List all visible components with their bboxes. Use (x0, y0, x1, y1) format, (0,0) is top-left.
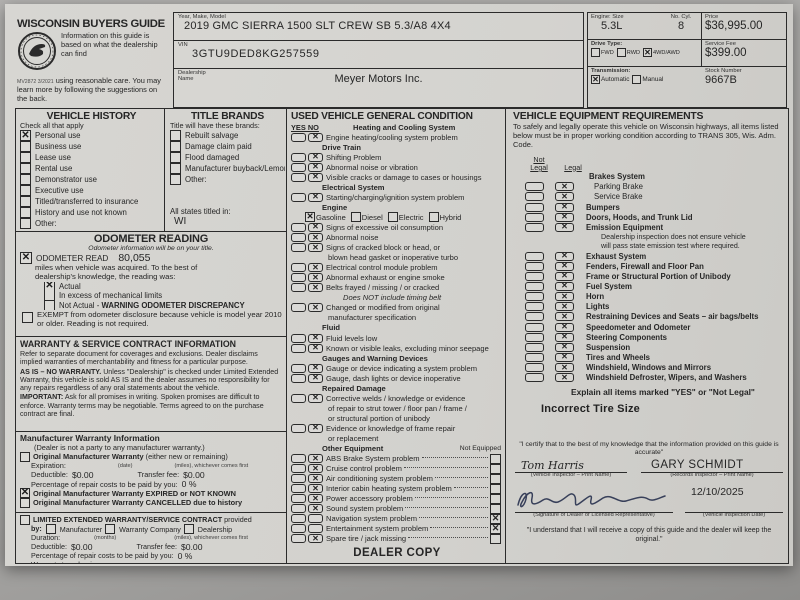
equipment-row: Fuel System (513, 281, 785, 291)
yes-checkbox[interactable] (291, 374, 306, 383)
legal-checkbox[interactable] (555, 213, 574, 222)
not-equipped-checkbox[interactable] (490, 454, 501, 464)
no-checkbox[interactable] (308, 464, 323, 473)
yes-no-boxes (291, 334, 323, 343)
condition-item-label: Power accessory problem (326, 494, 413, 503)
warranty-cancelled-checkbox[interactable] (20, 498, 30, 508)
history-checkbox[interactable] (20, 141, 31, 152)
drive-type-checkbox[interactable] (643, 48, 652, 57)
equipment-row: Windshield, Windows and Mirrors (513, 363, 785, 373)
orig-warranty-checkbox[interactable] (20, 452, 30, 462)
transmission-checkbox[interactable] (632, 75, 641, 84)
no-checkbox[interactable] (308, 303, 323, 312)
percentage-row: Percentage of repair costs to be paid by… (20, 480, 282, 489)
form-header: WISCONSIN BUYERS GUIDE Information on th… (15, 12, 787, 108)
no-checkbox[interactable] (308, 534, 323, 543)
yes-checkbox[interactable] (291, 464, 306, 473)
not-legal-checkbox[interactable] (525, 343, 544, 352)
drive-type-option: 4WD/AWD (643, 48, 680, 57)
drive-type-options: FWD RWD 4WD/AWD (591, 48, 698, 57)
condition-row: Sound system problem (291, 504, 503, 514)
odometer-option-checkbox[interactable] (44, 301, 55, 311)
provider-label: Manufacturer (60, 525, 102, 534)
no-checkbox[interactable] (308, 514, 323, 523)
yes-no-boxes (291, 163, 323, 172)
provided-by-row: by: Manufacturer Warranty Company Dealer… (20, 524, 282, 533)
explanation-text: Incorrect Tire Size (513, 403, 785, 415)
equipment-item-label: Windshield Defroster, Wipers, and Washer… (586, 373, 747, 382)
legal-checkbox[interactable] (555, 182, 574, 191)
condition-row: manufacturer specification (291, 313, 503, 323)
condition-row: Starting/charging/ignition system proble… (291, 192, 503, 202)
yes-checkbox[interactable] (291, 484, 306, 493)
fuel-type-label: Hybrid (440, 213, 462, 222)
not-legal-checkbox[interactable] (525, 213, 544, 222)
legal-checkbox[interactable] (555, 353, 574, 362)
condition-item-label: Shifting Problem (326, 153, 381, 162)
condition-title: USED VEHICLE GENERAL CONDITION (291, 111, 503, 122)
yes-no-boxes (291, 303, 323, 312)
condition-row: Air conditioning system problem (291, 474, 503, 484)
legal-checkbox[interactable] (555, 323, 574, 332)
vehicle-history-item: Business use (20, 141, 163, 152)
condition-item-label: Corrective welds / knowledge or evidence (326, 394, 465, 403)
condition-row: Signs of cracked block or head, or (291, 243, 503, 253)
equipment-row: Fenders, Firewall and Floor Pan (513, 261, 785, 271)
legal-checkbox[interactable] (555, 272, 574, 281)
yes-checkbox[interactable] (291, 193, 306, 202)
exempt-checkbox[interactable] (22, 312, 33, 323)
yes-no-boxes (291, 484, 323, 493)
warranty-expired-label: Original Manufacturer Warranty EXPIRED o… (33, 489, 236, 498)
not-legal-checkbox[interactable] (525, 272, 544, 281)
equipment-item-label: Bumpers (586, 203, 620, 212)
brand-checkbox[interactable] (170, 163, 181, 174)
provider-label: Warranty Company (119, 525, 181, 534)
dealer-signature-label: (Signature of Dealer or Licensed Represe… (515, 512, 673, 518)
provider-checkbox[interactable] (105, 524, 115, 534)
exempt-label: EXEMPT from odometer disclosure because … (37, 311, 282, 328)
vin-value: 3GTU9DED8KG257559 (178, 48, 579, 60)
equipment-intro: To safely and legally operate this vehic… (513, 123, 785, 150)
not-legal-checkbox[interactable] (525, 182, 544, 191)
equipment-row: Suspension (513, 342, 785, 352)
condition-item-label: Evidence or knowledge of frame repair (326, 424, 455, 433)
dotted-leader (415, 497, 488, 498)
odometer-title: ODOMETER READING (20, 233, 282, 245)
condition-item-label: Interior cabin heating system problem (326, 484, 452, 493)
brand-item-label: Damage claim paid (185, 142, 252, 151)
history-checkbox[interactable] (20, 196, 31, 207)
legal-checkbox[interactable] (555, 343, 574, 352)
transmission-checkbox[interactable] (591, 75, 600, 84)
title-brands-subtitle: Title will have these brands: (170, 122, 285, 130)
not-legal-checkbox[interactable] (525, 333, 544, 342)
yes-no-boxes (291, 173, 323, 182)
no-checkbox[interactable] (308, 484, 323, 493)
equipment-row: Brakes System (513, 172, 785, 182)
yes-checkbox[interactable] (291, 394, 306, 403)
states-titled-label: All states titled in: (170, 207, 285, 216)
fuel-type-options: Gasoline Diesel Electric Hybrid (305, 212, 466, 222)
no-checkbox[interactable] (308, 283, 323, 292)
no-checkbox[interactable] (308, 153, 323, 162)
records-inspector-field[interactable]: GARY SCHMIDT (Records Inspector – Print … (641, 459, 783, 473)
yes-checkbox[interactable] (291, 133, 306, 142)
not-legal-checkbox[interactable] (525, 302, 544, 311)
yes-checkbox[interactable] (291, 153, 306, 162)
odometer-read-checkbox[interactable] (20, 252, 32, 264)
yes-no-boxes (291, 454, 323, 463)
percentage-value: 0 % (182, 479, 197, 489)
dotted-leader (454, 487, 488, 488)
no-checkbox[interactable] (308, 344, 323, 353)
yes-checkbox[interactable] (291, 173, 306, 182)
yes-checkbox[interactable] (291, 163, 306, 172)
condition-row: Abnormal noise or vibration (291, 162, 503, 172)
no-checkbox[interactable] (308, 364, 323, 373)
equipment-item-label: Tires and Wheels (586, 353, 650, 362)
fuel-type-option: Gasoline (305, 212, 346, 222)
legal-columns-header: Not Legal Legal (513, 152, 785, 172)
condition-row: or structural portion of unibody (291, 413, 503, 423)
buyers-guide-form: WISCONSIN BUYERS GUIDE Information on th… (5, 4, 793, 566)
legal-checkbox[interactable] (555, 282, 574, 291)
equipment-item-label: Steering Components (586, 333, 667, 342)
equipment-item-label: Lights (586, 302, 609, 311)
history-item-label: Demonstrator use (35, 175, 97, 184)
equipment-item-label: Brakes System (589, 172, 645, 181)
no-checkbox[interactable] (308, 494, 323, 503)
vehicle-history-item: Other: (20, 218, 163, 229)
brand-checkbox[interactable] (170, 152, 181, 163)
dotted-leader (430, 527, 488, 528)
yes-checkbox[interactable] (291, 454, 306, 463)
yes-no-boxes (291, 263, 323, 272)
no-checkbox[interactable] (308, 263, 323, 272)
brand-checkbox[interactable] (170, 141, 181, 152)
not-equipped-checkbox[interactable] (490, 474, 501, 484)
specs-table: Engine: Size 5.3L No. Cyl. 8 Price $36,9… (587, 12, 787, 108)
history-checkbox[interactable] (20, 130, 31, 141)
fuel-type-label: Diesel (362, 213, 383, 222)
drive-type-checkbox[interactable] (591, 48, 600, 57)
fuel-type-option: Electric (388, 212, 424, 222)
yes-no-boxes (291, 153, 323, 162)
legal-checkbox[interactable] (555, 292, 574, 301)
brand-item-label: Other: (185, 175, 207, 184)
condition-item-label: Changed or modified from original (326, 303, 440, 312)
dotted-leader (404, 467, 488, 468)
yes-no-boxes (291, 394, 323, 403)
condition-row: Gasoline Diesel Electric Hybrid (291, 212, 503, 222)
legal-checkbox[interactable] (555, 302, 574, 311)
yes-checkbox[interactable] (291, 243, 306, 252)
mfr-warranty-subtitle: (Dealer is not a party to any manufactur… (20, 443, 282, 452)
no-checkbox[interactable] (308, 374, 323, 383)
not-equipped-checkbox[interactable] (490, 514, 501, 524)
not-legal-checkbox[interactable] (525, 292, 544, 301)
condition-row: Gauges and Warning Devices (291, 353, 503, 363)
condition-row: Electrical System (291, 182, 503, 192)
transmission-option-label: Manual (642, 76, 663, 83)
condition-row: Interior cabin heating system problem (291, 484, 503, 494)
no-checkbox[interactable] (308, 424, 323, 433)
condition-row: or replacement (291, 433, 503, 443)
not-legal-checkbox[interactable] (525, 203, 544, 212)
limited-warranty-checkbox[interactable] (20, 515, 30, 525)
legal-checkbox[interactable] (555, 363, 574, 372)
condition-item-label: ABS Brake System problem (326, 454, 420, 463)
yes-checkbox[interactable] (291, 233, 306, 242)
not-legal-checkbox[interactable] (525, 282, 544, 291)
vehicle-history-item: Executive use (20, 185, 163, 196)
warranty-expired-row: Original Manufacturer Warranty EXPIRED o… (20, 489, 282, 498)
equipment-row: Service Brake (513, 192, 785, 202)
not-legal-checkbox[interactable] (525, 223, 544, 232)
not-equipped-checkbox[interactable] (490, 484, 501, 494)
history-item-label: Other: (35, 219, 57, 228)
fuel-type-label: Electric (399, 213, 424, 222)
no-checkbox[interactable] (308, 193, 323, 202)
vehicle-inspector-label: (Vehicle Inspector – Print Name) (515, 472, 627, 478)
yes-checkbox[interactable] (291, 534, 306, 543)
condition-row: of repair to strut tower / floor pan / f… (291, 403, 503, 413)
expiration-row: Expiration: (date) (miles), whichever co… (20, 461, 282, 470)
yes-checkbox[interactable] (291, 424, 306, 433)
records-inspector-label: (Records Inspector – Print Name) (641, 472, 783, 478)
yes-no-boxes (291, 524, 323, 533)
no-checkbox[interactable] (308, 223, 323, 232)
no-checkbox[interactable] (308, 334, 323, 343)
provider-checkbox[interactable] (184, 524, 194, 534)
not-equipped-checkbox[interactable] (490, 464, 501, 474)
legal-checkbox[interactable] (555, 192, 574, 201)
not-legal-checkbox[interactable] (525, 262, 544, 271)
condition-item-label: Belts frayed / missing / or cracked (326, 283, 439, 292)
yes-no-boxes (291, 424, 323, 433)
odometer-option-label: Actual (59, 282, 81, 291)
odometer-option-label: In excess of mechanical limits (59, 291, 162, 300)
not-equipped-checkbox[interactable] (490, 504, 501, 514)
not-equipped-checkbox[interactable] (490, 494, 501, 504)
deductible-row: Deductible: $0.00 Transfer fee: $0.00 (20, 470, 282, 479)
equipment-item-label: will pass state emission test where requ… (601, 242, 740, 250)
no-checkbox[interactable] (308, 454, 323, 463)
fuel-type-checkbox[interactable] (351, 212, 361, 222)
vehicle-history-item: Lease use (20, 152, 163, 163)
condition-item-label: Electrical System (322, 183, 385, 192)
condition-row: ABS Brake System problem (291, 454, 503, 464)
equipment-row: Doors, Hoods, and Trunk Lid (513, 212, 785, 222)
no-checkbox[interactable] (308, 273, 323, 282)
equipment-row: Restraining Devices and Seats – air bags… (513, 312, 785, 322)
not-equipped-checkbox[interactable] (490, 524, 501, 534)
not-legal-checkbox[interactable] (525, 323, 544, 332)
yes-checkbox[interactable] (291, 364, 306, 373)
fuel-type-option: Diesel (351, 212, 383, 222)
history-checkbox[interactable] (20, 152, 31, 163)
fuel-type-option: Hybrid (429, 212, 462, 222)
not-equipped-header: Not Equipped (460, 445, 501, 452)
yes-no-boxes (291, 233, 323, 242)
condition-row: Evidence or knowledge of frame repair (291, 423, 503, 433)
condition-item-label: Repaired Damage (322, 384, 386, 393)
condition-row: Does NOT include timing belt (291, 293, 503, 303)
warranty-cancelled-label: Original Manufacturer Warranty CANCELLED… (33, 498, 242, 507)
condition-item-label: Abnormal noise (326, 233, 378, 242)
odometer-option-checkbox[interactable] (44, 282, 55, 292)
condition-item-label: Sound system problem (326, 504, 403, 513)
yes-checkbox[interactable] (291, 344, 306, 353)
ltd-miles-hint: (miles), whichever comes first (174, 535, 248, 541)
no-checkbox[interactable] (308, 233, 323, 242)
history-checkbox[interactable] (20, 174, 31, 185)
history-checkbox[interactable] (20, 218, 31, 229)
condition-item-label: Signs of cracked block or head, or (326, 243, 440, 252)
not-legal-checkbox[interactable] (525, 363, 544, 372)
no-checkbox[interactable] (308, 504, 323, 513)
legal-checkbox[interactable] (555, 223, 574, 232)
condition-item-label: Heating and Cooling System (353, 123, 455, 132)
history-checkbox[interactable] (20, 163, 31, 174)
condition-item-label: Electrical control module problem (326, 263, 438, 272)
condition-item-label: Known or visible leaks, excluding minor … (326, 344, 489, 353)
dotted-leader (408, 537, 488, 538)
legal-checkbox[interactable] (555, 252, 574, 261)
no-checkbox[interactable] (308, 474, 323, 483)
yes-checkbox[interactable] (291, 504, 306, 513)
condition-item-label: of repair to strut tower / floor pan / f… (328, 404, 467, 413)
ltd-deductible-row: Deductible: $0.00 Transfer fee: $0.00 (20, 542, 282, 551)
equipment-list: Brakes System Parking Brake Service Brak… (513, 172, 785, 383)
provider-checkbox[interactable] (46, 524, 56, 534)
equipment-item-label: Emission Equipment (586, 223, 663, 232)
no-checkbox[interactable] (308, 394, 323, 403)
yes-no-boxes (291, 193, 323, 202)
warranty-cancelled-row: Original Manufacturer Warranty CANCELLED… (20, 498, 282, 507)
fuel-type-checkbox[interactable] (429, 212, 439, 222)
yes-checkbox[interactable] (291, 223, 306, 232)
yes-no-header: YES NO (291, 123, 322, 132)
not-legal-column-label: Not Legal (525, 156, 553, 171)
odometer-option: Actual (20, 282, 282, 292)
condition-row: Entertainment system problem (291, 524, 503, 534)
wisconsin-dot-seal-icon (17, 31, 59, 76)
transmission-option-label: Automatic (601, 76, 629, 83)
condition-row: Changed or modified from original (291, 303, 503, 313)
yes-checkbox[interactable] (291, 524, 306, 533)
yes-checkbox[interactable] (291, 273, 306, 282)
not-legal-checkbox[interactable] (525, 252, 544, 261)
not-equipped-checkbox[interactable] (490, 534, 501, 544)
not-legal-checkbox[interactable] (525, 312, 544, 321)
not-legal-checkbox[interactable] (525, 373, 544, 382)
legal-checkbox[interactable] (555, 373, 574, 382)
dealership-label: Dealership Name (178, 70, 216, 83)
yes-no-boxes (291, 504, 323, 513)
dealer-signature-field[interactable]: (Signature of Dealer or Licensed Represe… (515, 486, 673, 513)
yes-checkbox[interactable] (291, 263, 306, 272)
condition-item-label: Gauge or device indicating a system prob… (326, 364, 477, 373)
dealership-name-value: Meyer Motors Inc. (178, 73, 579, 85)
yes-checkbox[interactable] (291, 514, 306, 523)
odometer-option-checkbox[interactable] (44, 291, 55, 301)
yes-checkbox[interactable] (291, 303, 306, 312)
history-checkbox[interactable] (20, 185, 31, 196)
odometer-option: Not Actual - WARNING ODOMETER DISCREPANC… (20, 301, 282, 311)
warranty-begins-row: Warranty term begins on: (20, 560, 282, 563)
yes-checkbox[interactable] (291, 334, 306, 343)
condition-item-label: Abnormal noise or vibration (326, 163, 418, 172)
history-checkbox[interactable] (20, 207, 31, 218)
condition-item-label: Fluid (322, 323, 340, 332)
transmission-options: Automatic Manual (591, 75, 699, 84)
legal-checkbox[interactable] (555, 333, 574, 342)
no-checkbox[interactable] (308, 133, 323, 142)
equipment-row: Speedometer and Odometer (513, 322, 785, 332)
not-legal-checkbox[interactable] (525, 353, 544, 362)
condition-item-label: Visible cracks or damage to cases or hou… (326, 173, 482, 182)
no-checkbox[interactable] (308, 173, 323, 182)
equipment-item-label: Parking Brake (594, 182, 643, 191)
brand-checkbox[interactable] (170, 174, 181, 185)
title-brand-item: Manufacturer buyback/Lemon (170, 163, 285, 174)
legal-checkbox[interactable] (555, 312, 574, 321)
yes-no-boxes (291, 223, 323, 232)
yes-no-boxes (291, 464, 323, 473)
yes-checkbox[interactable] (291, 474, 306, 483)
transmission-option: Manual (632, 75, 663, 84)
drive-type-checkbox[interactable] (617, 48, 626, 57)
brand-checkbox[interactable] (170, 130, 181, 141)
yes-checkbox[interactable] (291, 494, 306, 503)
condition-item-label: manufacturer specification (328, 313, 416, 322)
orig-warranty-label: Original Manufacturer Warranty (33, 452, 144, 461)
no-checkbox[interactable] (308, 243, 323, 252)
legal-checkbox[interactable] (555, 262, 574, 271)
not-legal-checkbox[interactable] (525, 192, 544, 201)
fuel-type-checkbox[interactable] (305, 212, 315, 222)
yes-no-boxes (291, 283, 323, 292)
condition-row: YES NO Heating and Cooling System (291, 122, 503, 132)
equipment-row: Exhaust System (513, 251, 785, 261)
inspection-date-field[interactable]: 12/10/2025 (Vehicle Inspection Date) (685, 486, 783, 513)
fuel-type-checkbox[interactable] (388, 212, 398, 222)
equipment-item-label: Doors, Hoods, and Trunk Lid (586, 213, 693, 222)
legal-checkbox[interactable] (555, 203, 574, 212)
cylinders-value: 8 (664, 20, 698, 32)
equipment-title: VEHICLE EQUIPMENT REQUIREMENTS (513, 111, 785, 122)
states-titled: All states titled in: WI (170, 207, 285, 231)
warranty-info-section: WARRANTY & SERVICE CONTRACT INFORMATION … (16, 337, 286, 432)
odometer-read-label: ODOMETER READ (36, 254, 108, 263)
condition-row: Gauge, dash lights or device inoperative (291, 373, 503, 383)
condition-item-label: blown head gasket or inoperative turbo (328, 253, 458, 262)
condition-item-label: Drive Train (322, 143, 361, 152)
yes-checkbox[interactable] (291, 283, 306, 292)
condition-row: Abnormal noise (291, 233, 503, 243)
no-checkbox[interactable] (308, 524, 323, 533)
equipment-row: Dealership inspection does not ensure ve… (513, 232, 785, 241)
transmission-label: Transmission: (591, 68, 699, 74)
yes-no-boxes (291, 374, 323, 383)
condition-row: Corrective welds / knowledge or evidence (291, 393, 503, 403)
no-checkbox[interactable] (308, 163, 323, 172)
vehicle-inspector-field[interactable]: Tom Harris (Vehicle Inspector – Print Na… (515, 459, 627, 473)
condition-row: Repaired Damage (291, 383, 503, 393)
states-titled-value: WI (170, 216, 285, 227)
